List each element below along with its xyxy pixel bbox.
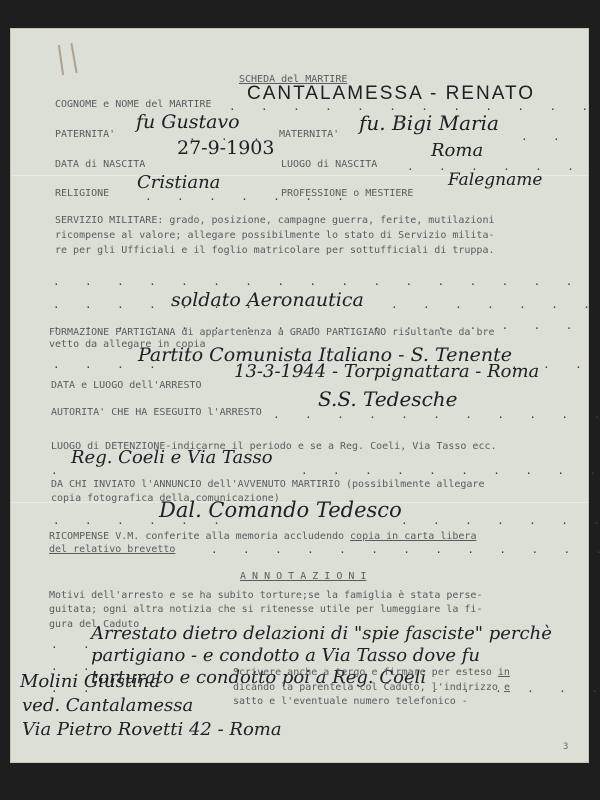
annotazioni-label-line2: guitata; ogni altra notizia che si riten… (49, 603, 482, 616)
istruzioni-text: dicando la parentela col Caduto, l'indir… (233, 682, 504, 693)
ricompense-underlined-text: copia in carta libera (350, 531, 476, 542)
page-number: 3 (563, 742, 568, 752)
data-nascita-value: 27-9-1903 (177, 139, 274, 158)
istruzioni-line1: Scrivere anche a tergo e firmare per est… (233, 666, 510, 679)
dotted-line: . . (521, 131, 569, 142)
data-nascita-label: DATA di NASCITA (55, 158, 145, 171)
istruzioni-line2: dicando la parentela col Caduto, l'indir… (233, 681, 510, 694)
luogo-nascita-label: LUOGO di NASCITA (281, 158, 377, 171)
paternita-label: PATERNITA' (55, 128, 115, 141)
professione-label: PROFESSIONE o MESTIERE (281, 187, 413, 200)
autorita-value: S.S. Tedesche (318, 389, 458, 409)
annuncio-label-line1: DA CHI INVIATO l'ANNUNCIO dell'AVVENUTO … (51, 478, 484, 491)
dotted-line: . . . . . . (53, 515, 229, 526)
detenzione-value: Reg. Coeli e Via Tasso (71, 449, 273, 467)
annotazioni-value-line2: partigiano - e condotto a Via Tasso dove… (91, 647, 480, 665)
cognome-value: CANTALAMESSA - RENATO (247, 84, 535, 103)
servizio-label-line1: SERVIZIO MILITARE: grado, posizione, cam… (55, 214, 495, 227)
ricompense-label-line1: RICOMPENSE V.M. conferite alla memoria a… (49, 530, 476, 543)
ricompense-text: RICOMPENSE V.M. conferite alla memoria a… (49, 531, 350, 542)
istruzioni-line3: satto e l'eventuale numero telefonico - (233, 695, 468, 708)
cognome-label: COGNOME e NOME del MARTIRE (55, 98, 212, 111)
luogo-nascita-value: Roma (431, 142, 483, 160)
dotted-line: . . . . . . . . . . . . . (301, 465, 600, 476)
autorita-label: AUTORITA' CHE HA ESEGUITO l'ARRESTO (51, 406, 262, 419)
paper-crease (58, 45, 64, 75)
firma-name: Molini Giustina (20, 673, 160, 691)
servizio-label-line2: ricompense al valore; allegare possibilm… (55, 229, 495, 242)
maternita-label: MATERNITA' (279, 128, 339, 141)
arresto-value: 13-3-1944 - Torpignattara - Roma (234, 363, 539, 381)
istruzioni-text: Scrivere anche a tergo e firmare per est… (233, 667, 498, 678)
firma-relation: ved. Cantalamessa (22, 697, 193, 715)
paper-crease (70, 43, 77, 73)
dotted-line: . . . . . . . . . . . . . . . . . . . (211, 544, 600, 555)
arresto-label: DATA e LUOGO dell'ARRESTO (51, 379, 202, 392)
dotted-line: . . (51, 639, 99, 650)
annotazioni-title: A N N O T A Z I O N I (240, 570, 366, 583)
annotazioni-label-line1: Motivi dell'arresto e se ha subito tortu… (49, 589, 482, 602)
professione-value: Falegname (448, 172, 542, 189)
annotazioni-value-line1: Arrestato dietro delazioni di "spie fasc… (91, 625, 552, 643)
dotted-line: . . . . . . . . . (401, 515, 600, 526)
ricompense-label-line2: del relativo brevetto (49, 543, 175, 556)
servizio-label-line3: re per gli Ufficiali e il foglio matrico… (55, 244, 495, 257)
istruzioni-underlined: in (498, 667, 510, 678)
istruzioni-underlined: e (504, 682, 510, 693)
document-page: SCHEDA del MARTIRE COGNOME e NOME del MA… (11, 29, 588, 762)
dotted-line: . . . . . . . . . . . . . . . (273, 409, 600, 420)
maternita-value: fu. Bigi Maria (359, 113, 499, 133)
dotted-line: . . . . . . . (53, 299, 261, 310)
dotted-line: . (51, 465, 67, 476)
dotted-line: . . . . . . . . . . . . . . . . . . . . … (53, 276, 600, 287)
religione-label: RELIGIONE (55, 187, 109, 200)
dotted-line: . . . . (53, 359, 165, 370)
firma-address: Via Pietro Rovetti 42 - Roma (22, 721, 282, 739)
dotted-line: . . . . . . . . . (391, 299, 600, 310)
